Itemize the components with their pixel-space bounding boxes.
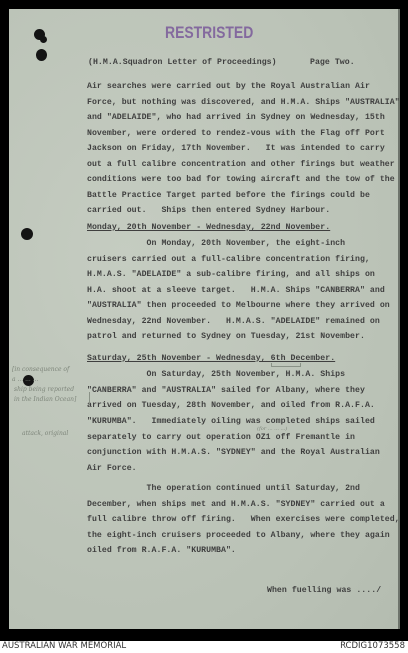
text-line: arrived on Tuesday, 28th November, and o…: [87, 401, 375, 410]
text-line: On Saturday, 25th November, H.M.A. Ships: [87, 370, 345, 379]
text-line: separately to carry out operation OZ1 of…: [87, 433, 355, 442]
text-line: On Monday, 20th November, the eight-inch: [87, 239, 345, 248]
handwritten-annotation: in the Indian Ocean]: [14, 396, 76, 403]
handwritten-annotation: a ... ... ...: [12, 376, 38, 383]
catchword: When fuelling was ..../: [267, 586, 381, 595]
section-heading: Saturday, 25th November - Wednesday, 6th…: [87, 354, 335, 363]
text-line: the eight-inch cruisers proceeded to Alb…: [87, 531, 390, 540]
handwritten-annotation: ship being reported: [14, 386, 74, 393]
handwritten-annotation: attack, original: [22, 430, 68, 437]
text-line: H.A. shoot at a sleeve target. H.M.A. Sh…: [87, 286, 385, 295]
text-line: "AUSTRALIA" then proceeded to Melbourne …: [87, 301, 390, 310]
punch-hole: [36, 49, 47, 61]
text-line: November, were ordered to rendez-vous wi…: [87, 129, 385, 138]
institution-name: AUSTRALIAN WAR MEMORIAL: [2, 641, 126, 651]
text-line: patrol and returned to Sydney on Tuesday…: [87, 332, 365, 341]
archive-footer: AUSTRALIAN WAR MEMORIAL RCDIG1073558: [0, 641, 408, 653]
text-line: Battle Practice Target parted before the…: [87, 191, 370, 200]
insertion-mark: [271, 363, 301, 367]
text-line: Jackson on Friday, 17th November. It was…: [87, 144, 385, 153]
text-line: December, when ships met and H.M.A.S. "S…: [87, 500, 385, 509]
text-line: cruisers carried out a full-calibre conc…: [87, 255, 370, 264]
margin-bracket: [87, 392, 90, 404]
text-line: conditions were too bad for towing aircr…: [87, 175, 395, 184]
text-line: "KURUMBA". Immediately oiling was comple…: [87, 417, 375, 426]
text-line: and "ADELAIDE", who had arrived in Sydne…: [87, 113, 385, 122]
page-number: Page Two.: [310, 58, 355, 67]
text-line: Wednesday, 22nd November. H.M.A.S. "ADEL…: [87, 317, 380, 326]
text-line: Air Force.: [87, 464, 137, 473]
record-id: RCDIG1073558: [340, 641, 405, 651]
punch-hole: [21, 228, 33, 240]
restricted-stamp: RESTRISTED: [165, 23, 253, 43]
section-heading: Monday, 20th November - Wednesday, 22nd …: [87, 223, 330, 232]
text-line: Air searches were carried out by the Roy…: [87, 82, 370, 91]
text-line: oiled from R.A.F.A. "KURUMBA".: [87, 546, 236, 555]
text-line: Force, but nothing was discovered, and H…: [87, 98, 400, 107]
header-left: (H.M.A.Squadron Letter of Proceedings): [88, 58, 277, 67]
text-line: conjunction with H.M.A.S. "SYDNEY" and t…: [87, 448, 380, 457]
punch-hole: [40, 36, 47, 43]
text-line: H.M.A.S. "ADELAIDE" a sub-calibre firing…: [87, 270, 375, 279]
text-line: The operation continued until Saturday, …: [87, 484, 360, 493]
document-page: RESTRISTED (H.M.A.Squadron Letter of Pro…: [9, 9, 400, 629]
text-line: "CANBERRA" and "AUSTRALIA" sailed for Al…: [87, 386, 365, 395]
handwritten-annotation: [in consequence of: [12, 366, 69, 373]
text-line: out a full calibre concentration and oth…: [87, 160, 395, 169]
handwritten-interlinear: (for ... ... ...): [257, 426, 287, 432]
text-line: full calibre throw off firing. When exer…: [87, 515, 400, 524]
text-line: carried out. Ships then entered Sydney H…: [87, 206, 330, 215]
